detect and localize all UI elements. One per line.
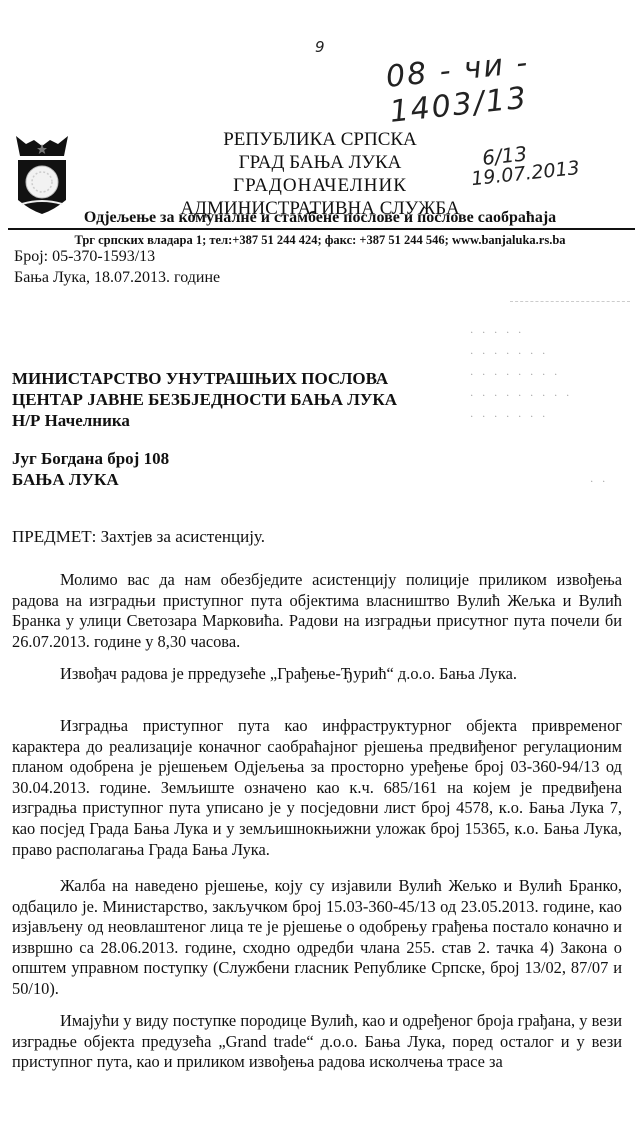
reference-place-date: Бања Лука, 18.07.2013. године (14, 268, 220, 288)
recipient-center: ЦЕНТАР ЈАВНЕ БЕЗБЈЕДНОСТИ БАЊА ЛУКА (12, 389, 397, 410)
recipient-attention: Н/Р Начелника (12, 410, 130, 431)
letter-subject: ПРЕДМЕТ: Захтјев за асистенцију. (12, 527, 265, 547)
recipient-street: Југ Богдана број 108 (12, 448, 169, 469)
reference-number: Број: 05-370-1593/13 (14, 247, 155, 267)
body-paragraph-5: Имајући у виду поступке породице Вулић, … (12, 1011, 622, 1073)
side-note-line: · · · · · (470, 322, 640, 343)
handwritten-page-number: 9 (315, 38, 325, 56)
side-note-line: · · · · · · · (470, 343, 640, 364)
side-note-line: · · (590, 471, 640, 492)
handwritten-registry-number: 08 - чи - 1403/13 (384, 34, 640, 130)
body-paragraph-2: Извођач радова је прредузеће „Грађење-Ђу… (12, 664, 622, 685)
department-name: Одјељење за комуналне и стамбене послове… (0, 208, 640, 228)
body-paragraph-1: Молимо вас да нам обезбједите асистенциј… (12, 570, 622, 652)
side-note-line: · · · · · · · · (470, 364, 640, 385)
letterhead-divider (8, 228, 635, 230)
side-note-line: · · · · · · · (470, 406, 640, 427)
handwritten-receipt-stamp: 6/13 19.07.2013 (481, 138, 580, 188)
side-note-line: · · · · · · · · · (470, 385, 640, 406)
recipient-ministry: МИНИСТАРСТВО УНУТРАШЊИХ ПОСЛОВА (12, 368, 388, 389)
body-paragraph-4: Жалба на наведено рјешење, коју су изјав… (12, 876, 622, 1000)
body-paragraph-3: Изградња приступног пута као инфраструкт… (12, 716, 622, 860)
contact-info: Трг српских владара 1; тел:+387 51 244 4… (0, 232, 640, 248)
recipient-city: БАЊА ЛУКА (12, 469, 119, 490)
handwritten-side-notes: · · · · · · · · · · · · · · · · · · · · … (470, 320, 640, 492)
